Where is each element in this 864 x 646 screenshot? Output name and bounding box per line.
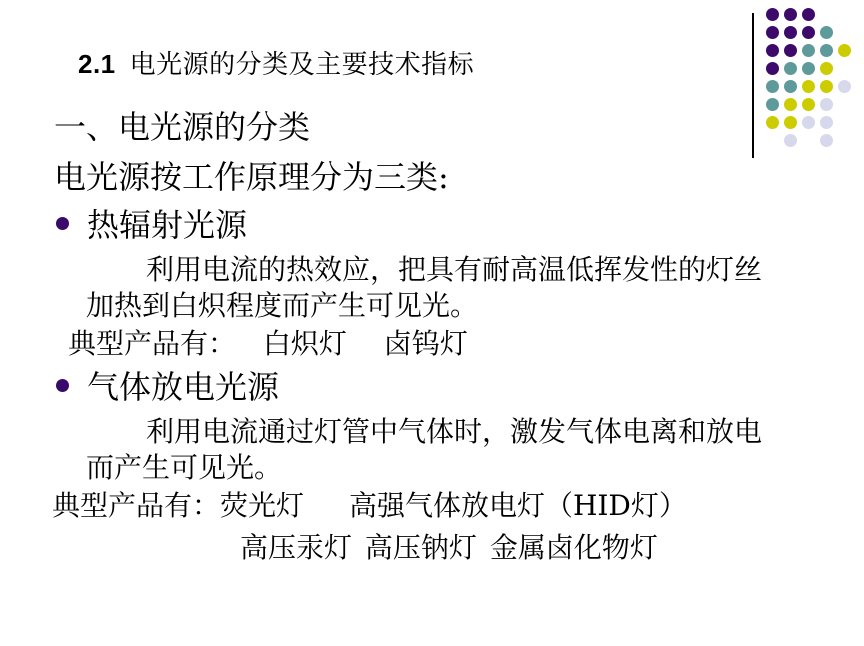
decorative-dot xyxy=(784,62,797,75)
product-item: 金属卤化物灯 xyxy=(490,531,658,564)
decorative-dot xyxy=(784,134,797,147)
section-heading: 一、电光源的分类 xyxy=(54,102,310,148)
decorative-dot xyxy=(802,8,815,21)
decorative-dot xyxy=(766,26,779,39)
decorative-dot xyxy=(766,116,779,129)
product-item: 荧光灯 xyxy=(220,489,304,522)
decorative-dot xyxy=(784,26,797,39)
decorative-dot xyxy=(820,26,833,39)
intro-text: 电光源按工作原理分为三类: xyxy=(54,152,449,198)
decorative-dot xyxy=(820,134,833,147)
decorative-dot xyxy=(838,80,851,93)
typical-products: 典型产品有：荧光灯 高强气体放电灯（HID灯） xyxy=(52,484,687,524)
decorative-dot xyxy=(802,26,815,39)
bullet-desc-line2: 加热到白炽程度而产生可见光。 xyxy=(86,284,478,324)
decorative-dot xyxy=(766,80,779,93)
bullet-label: 热辐射光源 xyxy=(87,200,247,246)
product-item: 白炽灯 xyxy=(263,327,347,360)
bullet-desc-line1: 利用电流通过灯管中气体时，激发气体电离和放电 xyxy=(146,410,762,450)
decorative-dot xyxy=(802,80,815,93)
decorative-dot xyxy=(820,62,833,75)
decorative-dot xyxy=(802,98,815,111)
divider-line xyxy=(752,13,754,158)
decorative-dot xyxy=(784,116,797,129)
product-item: 高压汞灯 xyxy=(240,531,352,564)
slide: 2.1电光源的分类及主要技术指标 一、电光源的分类 电光源按工作原理分为三类: … xyxy=(0,0,864,646)
decorative-dot xyxy=(802,116,815,129)
products-label: 典型产品有： xyxy=(68,327,236,360)
decorative-dot xyxy=(784,80,797,93)
title-text: 电光源的分类及主要技术指标 xyxy=(130,50,475,80)
slide-title: 2.1电光源的分类及主要技术指标 xyxy=(78,44,474,81)
product-item: 卤钨灯 xyxy=(384,327,468,360)
bullet-icon xyxy=(56,217,69,230)
bullet-item-gas-discharge: 气体放电光源 xyxy=(52,362,279,408)
product-item: 高压钠灯 xyxy=(365,531,477,564)
products-label: 典型产品有： xyxy=(52,489,220,522)
product-item: 高强气体放电灯（HID灯） xyxy=(349,489,687,522)
decorative-dot xyxy=(802,62,815,75)
bullet-icon xyxy=(56,379,69,392)
decorative-dot xyxy=(820,44,833,57)
bullet-item-thermal: 热辐射光源 xyxy=(52,200,247,246)
typical-products-line2: 高压汞灯 高压钠灯 金属卤化物灯 xyxy=(240,526,658,566)
bullet-desc-line2: 而产生可见光。 xyxy=(86,446,282,486)
decorative-dot xyxy=(820,98,833,111)
decorative-dot xyxy=(802,44,815,57)
decorative-dot xyxy=(766,8,779,21)
decorative-dot xyxy=(820,80,833,93)
decorative-dot xyxy=(784,8,797,21)
bullet-desc-line1: 利用电流的热效应，把具有耐高温低挥发性的灯丝 xyxy=(146,248,762,288)
decorative-dot xyxy=(820,116,833,129)
bullet-label: 气体放电光源 xyxy=(87,362,279,408)
decorative-dot xyxy=(766,98,779,111)
decorative-dot xyxy=(838,44,851,57)
decorative-dot xyxy=(766,62,779,75)
decorative-dot xyxy=(784,44,797,57)
typical-products: 典型产品有： 白炽灯 卤钨灯 xyxy=(68,322,468,362)
title-number: 2.1 xyxy=(78,49,116,79)
decorative-dot xyxy=(766,44,779,57)
decorative-dot xyxy=(784,98,797,111)
